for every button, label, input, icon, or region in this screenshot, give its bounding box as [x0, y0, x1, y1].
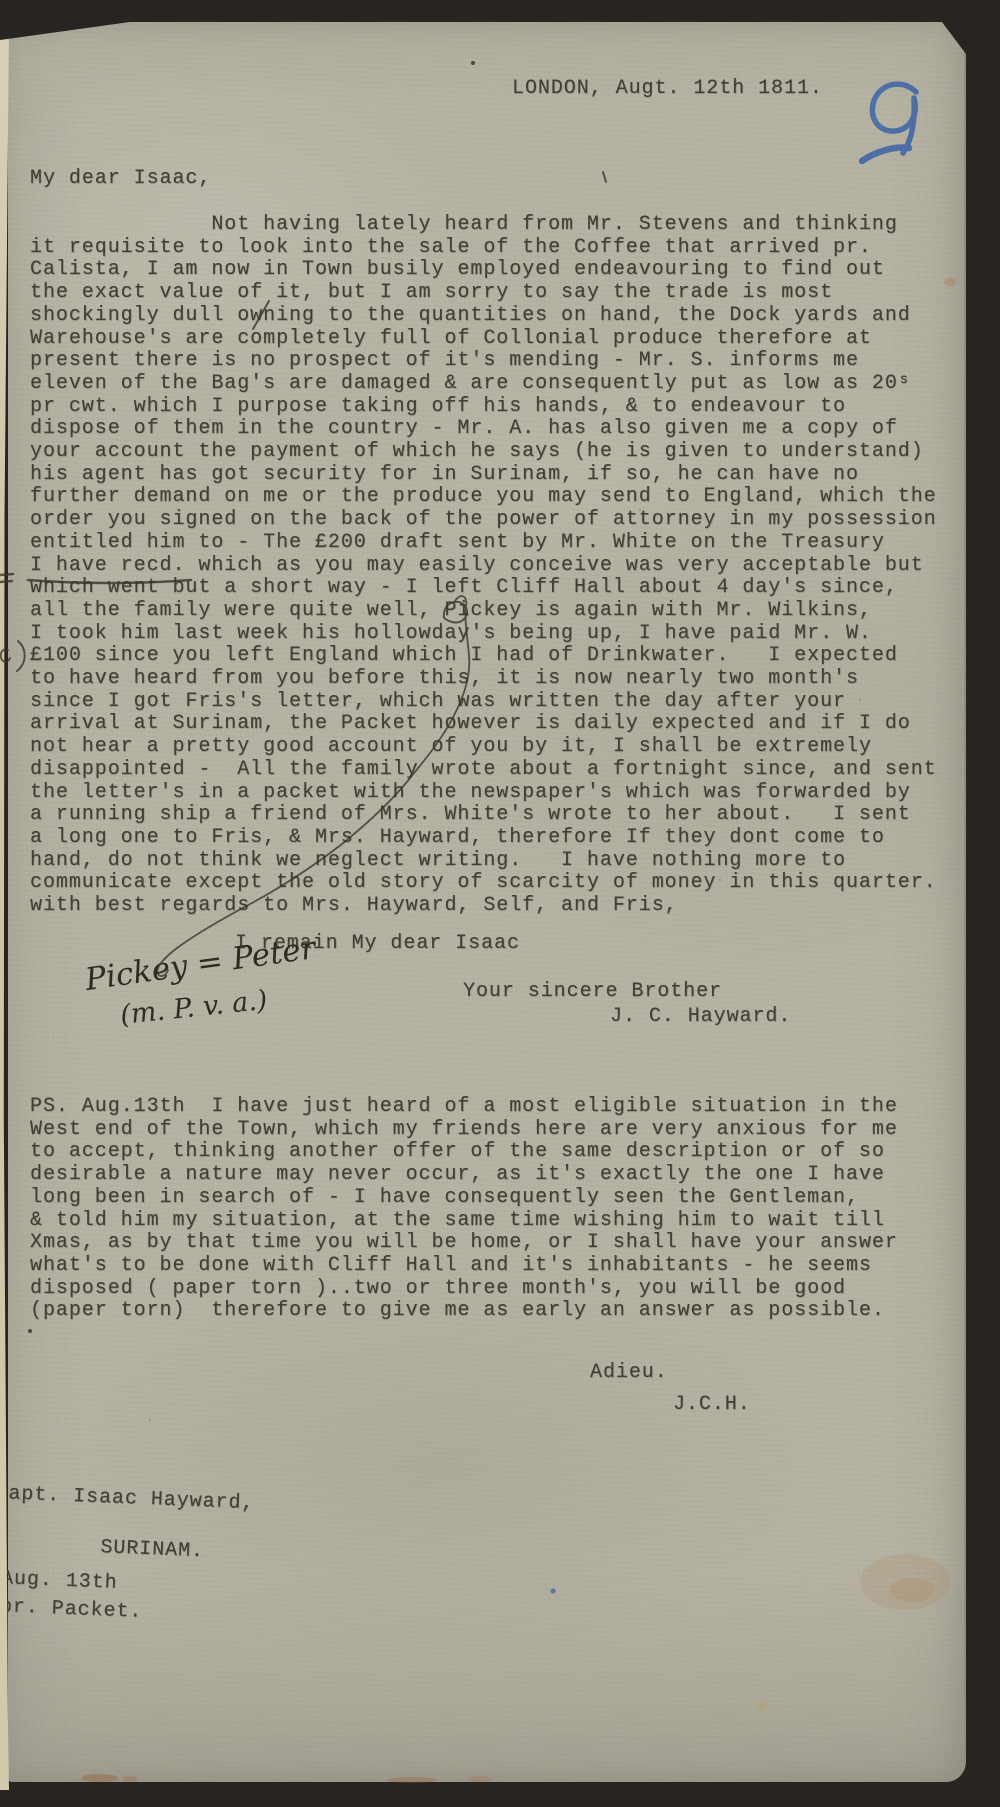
- address-block: Capt. Isaac Hayward, SURINAM. Aug. 13th …: [0, 1480, 360, 1674]
- signature-name: J. C. Hayward.: [610, 1006, 791, 1029]
- address-line-3: Aug. 13th: [1, 1568, 118, 1595]
- address-line-1: Capt. Isaac Hayward,: [0, 1483, 255, 1516]
- signoff-line: Your sincere Brother: [463, 981, 722, 1004]
- address-line-2: SURINAM.: [100, 1537, 204, 1564]
- dateline: LONDON, Augt. 12th 1811.: [512, 78, 823, 101]
- address-line-4: pr. Packet.: [0, 1596, 143, 1624]
- adieu-line: Adieu.: [590, 1362, 668, 1385]
- initials-line: J.C.H.: [673, 1394, 751, 1417]
- letter-body: Not having lately heard from Mr. Stevens…: [30, 214, 937, 918]
- salutation: My dear Isaac,: [30, 168, 211, 191]
- postscript-body: PS. Aug.13th I have just heard of a most…: [30, 1096, 898, 1323]
- scanned-letter-page: LONDON, Augt. 12th 1811. My dear Isaac, …: [0, 0, 1000, 1807]
